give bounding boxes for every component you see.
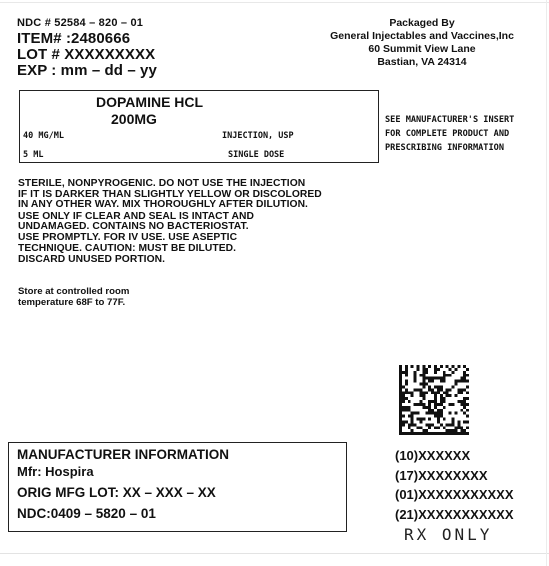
packager-street: 60 Summit View Lane [312, 43, 532, 56]
drug-strength: 200MG [111, 111, 157, 127]
gs1-serial: (21)XXXXXXXXXXX [395, 505, 514, 525]
label-edge-top [0, 2, 549, 3]
drug-concentration: 40 MG/ML [23, 131, 64, 141]
manufacturer-name: Mfr: Hospira [17, 464, 94, 479]
rx-only-label: RX ONLY [404, 525, 492, 544]
warning-line: DISCARD UNUSED PORTION. [18, 255, 322, 266]
expiration-date: EXP : mm – dd – yy [17, 63, 157, 78]
label-edge-bottom [0, 553, 549, 554]
drug-name: DOPAMINE HCL [96, 94, 203, 110]
gs1-codes: (10)XXXXXX (17)XXXXXXXX (01)XXXXXXXXXXX … [395, 446, 514, 524]
packager-info: Packaged By General Injectables and Vacc… [312, 17, 532, 69]
ndc-number: NDC # 52584 – 820 – 01 [17, 18, 157, 29]
insert-note: SEE MANUFACTURER'S INSERT FOR COMPLETE P… [385, 113, 514, 155]
insert-note-line: SEE MANUFACTURER'S INSERT [385, 113, 514, 127]
storage-line: temperature 68F to 77F. [18, 298, 129, 309]
gs1-batch: (10)XXXXXX [395, 446, 514, 466]
drug-box: DOPAMINE HCL 200MG 40 MG/ML 5 ML INJECTI… [19, 90, 379, 163]
packager-heading: Packaged By [312, 17, 532, 30]
manufacturer-ndc: NDC:0409 – 5820 – 01 [17, 506, 156, 521]
item-number: ITEM# :2480666 [17, 31, 157, 46]
gs1-expiry: (17)XXXXXXXX [395, 466, 514, 486]
warning-line: UNDAMAGED. CONTAINS NO BACTERIOSTAT. [18, 222, 322, 233]
product-label: NDC # 52584 – 820 – 01 ITEM# :2480666 LO… [0, 0, 549, 566]
gs1-gtin: (01)XXXXXXXXXXX [395, 485, 514, 505]
label-edge-right [546, 0, 547, 566]
packager-company: General Injectables and Vaccines,Inc [312, 30, 532, 43]
label-header: NDC # 52584 – 820 – 01 ITEM# :2480666 LO… [17, 18, 157, 79]
warning-line: TECHNIQUE. CAUTION: MUST BE DILUTED. [18, 244, 322, 255]
manufacturer-title: MANUFACTURER INFORMATION [17, 447, 229, 462]
warning-line: STERILE, NONPYROGENIC. DO NOT USE THE IN… [18, 179, 322, 190]
datamatrix-icon [398, 365, 470, 435]
warning-line: IN ANY OTHER WAY. MIX THOROUGHLY AFTER D… [18, 200, 322, 211]
drug-dose-type: SINGLE DOSE [228, 150, 284, 160]
storage-instructions: Store at controlled room temperature 68F… [18, 287, 129, 308]
drug-volume: 5 ML [23, 150, 43, 160]
drug-form: INJECTION, USP [222, 131, 294, 141]
storage-line: Store at controlled room [18, 287, 129, 298]
warnings: STERILE, NONPYROGENIC. DO NOT USE THE IN… [18, 179, 322, 265]
insert-note-line: PRESCRIBING INFORMATION [385, 141, 514, 155]
orig-mfg-lot: ORIG MFG LOT: XX – XXX – XX [17, 485, 216, 500]
insert-note-line: FOR COMPLETE PRODUCT AND [385, 127, 514, 141]
warning-line: USE PROMPTLY. FOR IV USE. USE ASEPTIC [18, 233, 322, 244]
manufacturer-box: MANUFACTURER INFORMATION Mfr: Hospira OR… [8, 442, 347, 532]
lot-number: LOT # XXXXXXXXX [17, 47, 157, 62]
packager-city: Bastian, VA 24314 [312, 56, 532, 69]
